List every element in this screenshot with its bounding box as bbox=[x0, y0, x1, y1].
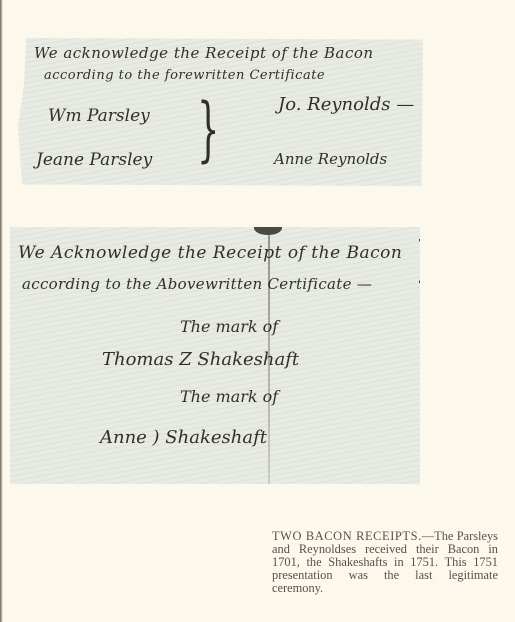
signature-anne-reynolds: Anne Reynolds bbox=[274, 150, 387, 168]
receipt-1701-line-1: We acknowledge the Receipt of the Bacon bbox=[34, 44, 374, 62]
signature-anne-shakeshaft: Anne ) Shakeshaft bbox=[100, 427, 267, 448]
brace-mark: } bbox=[416, 235, 420, 283]
receipt-1751-line-1: We Acknowledge the Receipt of the Bacon bbox=[18, 243, 402, 263]
receipt-1751-line-2: according to the Abovewritten Certificat… bbox=[22, 275, 372, 293]
signature-thomas-shakeshaft: Thomas Z Shakeshaft bbox=[102, 349, 299, 370]
caption-title: TWO BACON RECEIPTS. bbox=[272, 529, 422, 543]
receipt-1701-document: We acknowledge the Receipt of the Bacon … bbox=[18, 38, 423, 186]
mark-label-anne: The mark of bbox=[180, 387, 278, 406]
figure-caption: TWO BACON RECEIPTS.—The Parsleys and Rey… bbox=[272, 530, 498, 595]
page-edge-shadow bbox=[0, 0, 3, 622]
receipt-1751-document: We Acknowledge the Receipt of the Bacon … bbox=[10, 227, 420, 484]
receipt-1701-line-2: according to the forewritten Certificate bbox=[44, 68, 325, 83]
signature-wm-parsley: Wm Parsley bbox=[48, 106, 150, 126]
signature-jeane-parsley: Jeane Parsley bbox=[36, 150, 152, 170]
signature-jo-reynolds: Jo. Reynolds — bbox=[278, 94, 414, 115]
mark-label-thomas: The mark of bbox=[180, 317, 278, 336]
wax-seal bbox=[254, 227, 282, 235]
caption-dash: — bbox=[422, 529, 434, 543]
brace-mark: } bbox=[197, 94, 219, 164]
